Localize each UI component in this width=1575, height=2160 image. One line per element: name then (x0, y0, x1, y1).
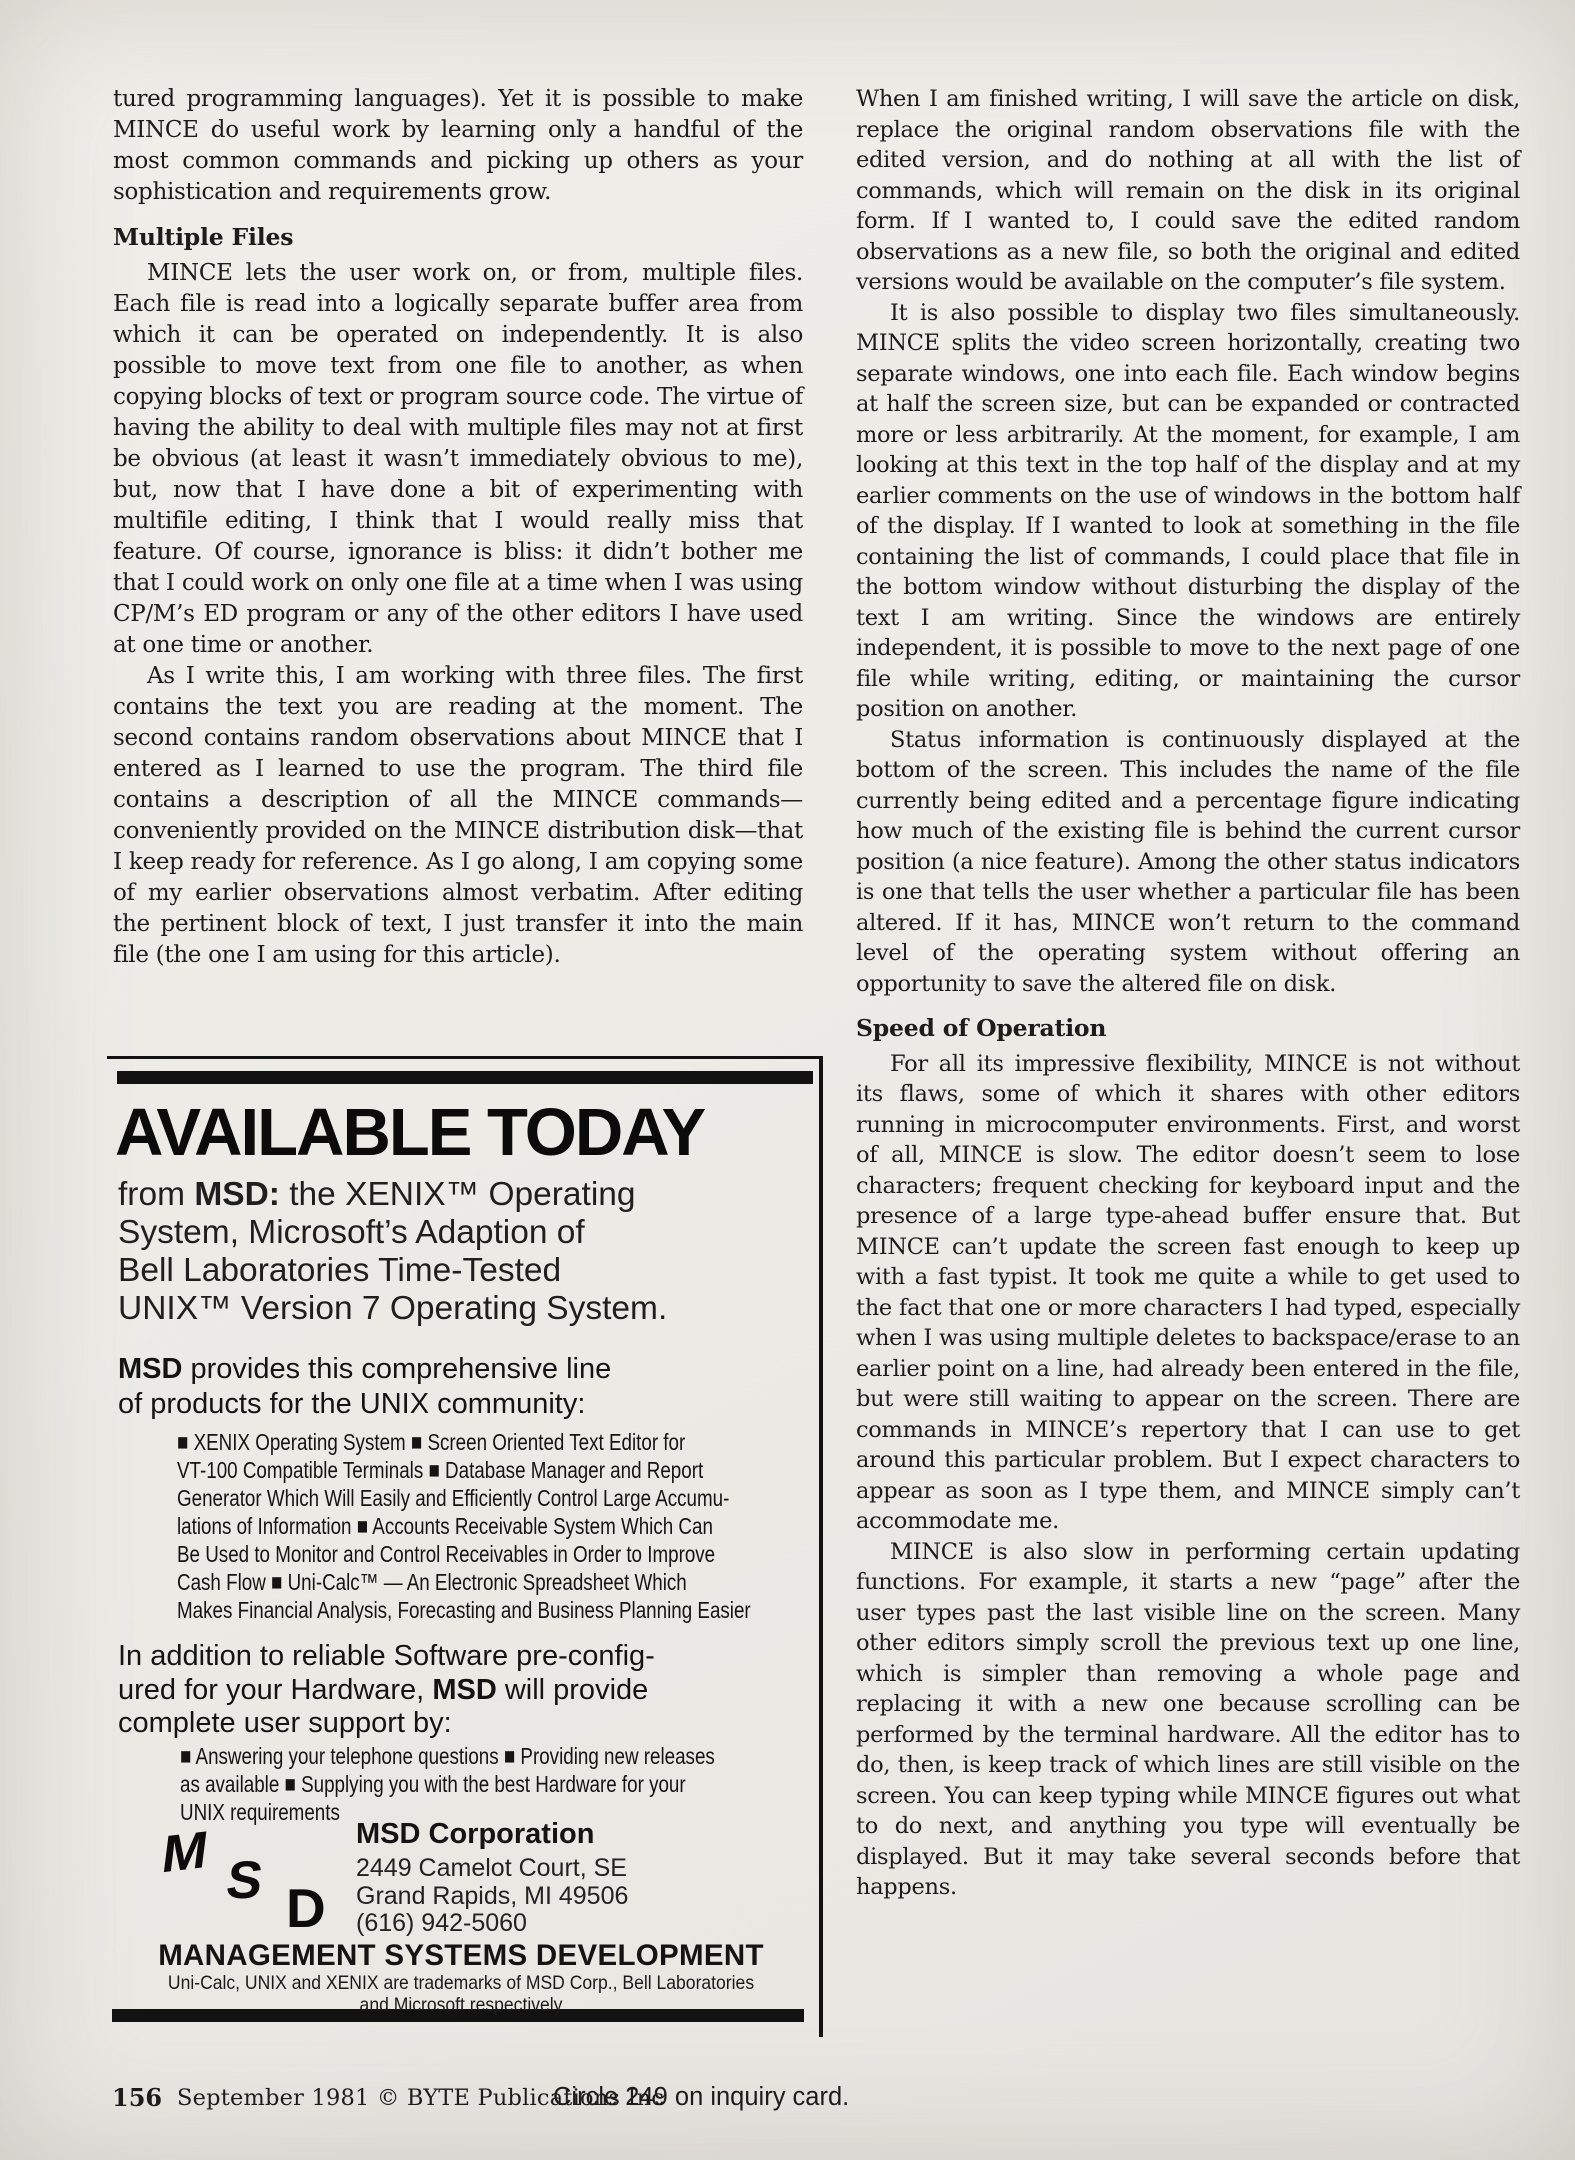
paragraph-multifile: MINCE lets the user work on, or from, mu… (113, 258, 803, 661)
trademark-note: Uni-Calc, UNIX and XENIX are trademarks … (140, 1973, 783, 2016)
paragraph-updating: MINCE is also slow in performing certain… (856, 1537, 1520, 1903)
company-address: 2449 Camelot Court, SE Grand Rapids, MI … (356, 1855, 628, 1938)
company-org-name: MANAGEMENT SYSTEMS DEVELOPMENT (104, 1939, 818, 1973)
ad-subhead-text: from (118, 1176, 194, 1213)
ad-intro-text: provides this comprehensive line of prod… (118, 1353, 611, 1420)
article-column-right: When I am finished writing, I will save … (856, 84, 1520, 1903)
ad-top-rule (107, 1056, 819, 1059)
inquiry-card-note: Circle 249 on inquiry card. (553, 2083, 849, 2112)
ad-product-list: ■ XENIX Operating System ■ Screen Orient… (177, 1428, 897, 1624)
msd-logo-letter-m: M (159, 1820, 212, 1886)
page-number: 156 (112, 2083, 162, 2112)
paragraph-windows: It is also possible to display two files… (856, 298, 1520, 725)
ad-headline: AVAILABLE TODAY (115, 1094, 704, 1171)
ad-support-brand: MSD (432, 1674, 496, 1706)
ad-top-bar (117, 1071, 813, 1084)
magazine-page: tured programming languages). Yet it is … (0, 0, 1575, 2160)
ad-subhead: from MSD: the XENIX™ Operating System, M… (118, 1176, 667, 1328)
company-name: MSD Corporation (356, 1818, 628, 1851)
ad-subhead-brand: MSD: (194, 1176, 280, 1213)
paragraph-status: Status information is continuously displ… (856, 725, 1520, 1000)
ad-support-list: ■ Answering your telephone questions ■ P… (180, 1742, 900, 1826)
msd-logo-letter-d: D (286, 1876, 326, 1940)
section-heading-speed: Speed of Operation (856, 1013, 1520, 1044)
ad-company-block: MSD Corporation 2449 Camelot Court, SE G… (356, 1818, 628, 1938)
section-heading-multiple-files: Multiple Files (113, 222, 803, 253)
paragraph-continuation: tured programming languages). Yet it is … (113, 84, 803, 208)
ad-support-intro: In addition to reliable Software pre-con… (118, 1640, 655, 1741)
paragraph-three-files: As I write this, I am working with three… (113, 661, 803, 971)
paragraph-speed: For all its impressive flexibility, MINC… (856, 1049, 1520, 1537)
article-column-left: tured programming languages). Yet it is … (113, 84, 803, 971)
ad-intro-brand: MSD (118, 1353, 182, 1385)
paragraph-save: When I am finished writing, I will save … (856, 84, 1520, 298)
ad-products-intro: MSD provides this comprehensive line of … (118, 1352, 611, 1421)
msd-logo-letter-s: S (223, 1850, 267, 1911)
